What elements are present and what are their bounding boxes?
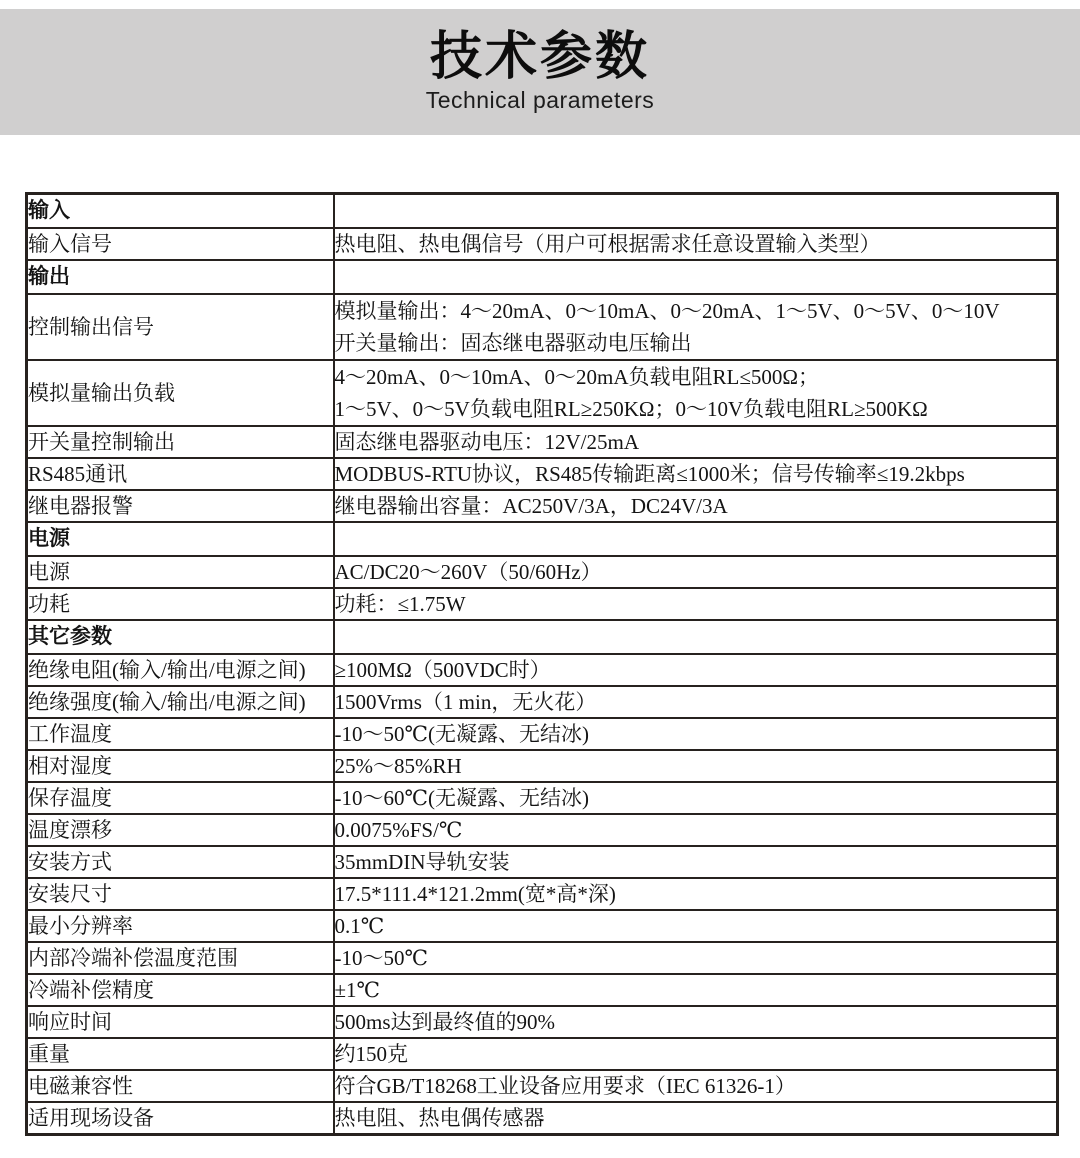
- param-value-line: ≥100MΩ（500VDC时）: [335, 655, 1057, 685]
- table-row: 工作温度-10～50℃(无凝露、无结冰): [27, 718, 1058, 750]
- param-value-line: -10～50℃(无凝露、无结冰): [335, 719, 1057, 749]
- param-value-line: 0.1℃: [335, 911, 1057, 941]
- param-value-cell: 0.1℃: [334, 910, 1058, 942]
- section-row: 输入: [27, 194, 1058, 229]
- table-row: 保存温度-10～60℃(无凝露、无结冰): [27, 782, 1058, 814]
- table-row: 控制输出信号模拟量输出：4～20mA、0～10mA、0～20mA、1～5V、0～…: [27, 294, 1058, 360]
- param-value-line: MODBUS-RTU协议，RS485传输距离≤1000米；信号传输率≤19.2k…: [335, 459, 1057, 489]
- table-row: 安装尺寸17.5*111.4*121.2mm(宽*高*深): [27, 878, 1058, 910]
- param-value-cell: 500ms达到最终值的90%: [334, 1006, 1058, 1038]
- param-label-cell: 工作温度: [27, 718, 334, 750]
- page-header: 技术参数 Technical parameters: [0, 9, 1080, 135]
- param-value-line: 25%～85%RH: [335, 751, 1057, 781]
- param-label-cell: 继电器报警: [27, 490, 334, 522]
- param-value-cell: 17.5*111.4*121.2mm(宽*高*深): [334, 878, 1058, 910]
- param-value-line: -10～60℃(无凝露、无结冰): [335, 783, 1057, 813]
- param-label-cell: 其它参数: [27, 620, 334, 654]
- page-title: 技术参数: [430, 30, 650, 85]
- param-value-cell: AC/DC20～260V（50/60Hz）: [334, 556, 1058, 588]
- param-value-cell: 0.0075%FS/℃: [334, 814, 1058, 846]
- section-row: 电源: [27, 522, 1058, 556]
- page-subtitle: Technical parameters: [426, 87, 655, 114]
- param-value-line: 500ms达到最终值的90%: [335, 1007, 1057, 1037]
- param-value-line: 0.0075%FS/℃: [335, 815, 1057, 845]
- param-label-cell: 冷端补偿精度: [27, 974, 334, 1006]
- param-label-cell: 绝缘电阻(输入/输出/电源之间): [27, 654, 334, 686]
- param-value-line: 热电阻、热电偶传感器: [335, 1103, 1057, 1133]
- param-value-cell: 热电阻、热电偶信号（用户可根据需求任意设置输入类型）: [334, 228, 1058, 260]
- param-value-cell: [334, 620, 1058, 654]
- param-label-cell: 内部冷端补偿温度范围: [27, 942, 334, 974]
- param-value-cell: ≥100MΩ（500VDC时）: [334, 654, 1058, 686]
- section-row: 其它参数: [27, 620, 1058, 654]
- param-value-cell: MODBUS-RTU协议，RS485传输距离≤1000米；信号传输率≤19.2k…: [334, 458, 1058, 490]
- section-row: 输出: [27, 260, 1058, 294]
- table-row: 温度漂移0.0075%FS/℃: [27, 814, 1058, 846]
- table-row: 最小分辨率0.1℃: [27, 910, 1058, 942]
- param-label-cell: 绝缘强度(输入/输出/电源之间): [27, 686, 334, 718]
- param-label-cell: 安装尺寸: [27, 878, 334, 910]
- table-row: 绝缘强度(输入/输出/电源之间)1500Vrms（1 min，无火花）: [27, 686, 1058, 718]
- param-label-cell: 功耗: [27, 588, 334, 620]
- param-value-line: 模拟量输出：4～20mA、0～10mA、0～20mA、1～5V、0～5V、0～1…: [335, 295, 1057, 327]
- param-label-cell: 输出: [27, 260, 334, 294]
- table-row: 绝缘电阻(输入/输出/电源之间)≥100MΩ（500VDC时）: [27, 654, 1058, 686]
- table-row: 安装方式35mmDIN导轨安装: [27, 846, 1058, 878]
- param-label-cell: 重量: [27, 1038, 334, 1070]
- param-value-line: ±1℃: [335, 975, 1057, 1005]
- param-value-line: 符合GB/T18268工业设备应用要求（IEC 61326-1）: [335, 1071, 1057, 1101]
- param-label-cell: 保存温度: [27, 782, 334, 814]
- param-value-line: 继电器输出容量：AC250V/3A，DC24V/3A: [335, 491, 1057, 521]
- param-value-cell: [334, 522, 1058, 556]
- param-value-cell: 4～20mA、0～10mA、0～20mA负载电阻RL≤500Ω；1～5V、0～5…: [334, 360, 1058, 426]
- param-label-cell: 电源: [27, 522, 334, 556]
- param-value-line: -10～50℃: [335, 943, 1057, 973]
- param-value-cell: 1500Vrms（1 min，无火花）: [334, 686, 1058, 718]
- param-value-cell: 功耗：≤1.75W: [334, 588, 1058, 620]
- table-row: 内部冷端补偿温度范围-10～50℃: [27, 942, 1058, 974]
- param-value-line: 功耗：≤1.75W: [335, 589, 1057, 619]
- param-value-cell: 25%～85%RH: [334, 750, 1058, 782]
- param-value-cell: 符合GB/T18268工业设备应用要求（IEC 61326-1）: [334, 1070, 1058, 1102]
- param-label-cell: 适用现场设备: [27, 1102, 334, 1135]
- param-label-cell: 控制输出信号: [27, 294, 334, 360]
- param-value-cell: [334, 260, 1058, 294]
- param-value-line: AC/DC20～260V（50/60Hz）: [335, 557, 1057, 587]
- param-value-line: 热电阻、热电偶信号（用户可根据需求任意设置输入类型）: [335, 229, 1057, 259]
- param-value-line: 开关量输出：固态继电器驱动电压输出: [335, 327, 1057, 359]
- table-row: 输入信号热电阻、热电偶信号（用户可根据需求任意设置输入类型）: [27, 228, 1058, 260]
- table-row: 功耗功耗：≤1.75W: [27, 588, 1058, 620]
- table-row: 响应时间500ms达到最终值的90%: [27, 1006, 1058, 1038]
- spec-table-body: 输入输入信号热电阻、热电偶信号（用户可根据需求任意设置输入类型）输出控制输出信号…: [27, 194, 1058, 1135]
- table-row: 冷端补偿精度±1℃: [27, 974, 1058, 1006]
- param-value-cell: 35mmDIN导轨安装: [334, 846, 1058, 878]
- param-label-cell: 电磁兼容性: [27, 1070, 334, 1102]
- param-label-cell: 电源: [27, 556, 334, 588]
- param-label-cell: 模拟量输出负载: [27, 360, 334, 426]
- param-value-line: 约150克: [335, 1039, 1057, 1069]
- param-label-cell: 输入: [27, 194, 334, 229]
- table-row: 电磁兼容性符合GB/T18268工业设备应用要求（IEC 61326-1）: [27, 1070, 1058, 1102]
- param-value-cell: -10～60℃(无凝露、无结冰): [334, 782, 1058, 814]
- param-label-cell: 最小分辨率: [27, 910, 334, 942]
- param-value-line: 1～5V、0～5V负载电阻RL≥250KΩ；0～10V负载电阻RL≥500KΩ: [335, 393, 1057, 425]
- param-value-line: 17.5*111.4*121.2mm(宽*高*深): [335, 879, 1057, 909]
- param-label-cell: 温度漂移: [27, 814, 334, 846]
- table-row: 继电器报警继电器输出容量：AC250V/3A，DC24V/3A: [27, 490, 1058, 522]
- table-row: RS485通讯MODBUS-RTU协议，RS485传输距离≤1000米；信号传输…: [27, 458, 1058, 490]
- param-label-cell: 响应时间: [27, 1006, 334, 1038]
- table-row: 重量约150克: [27, 1038, 1058, 1070]
- table-row: 电源AC/DC20～260V（50/60Hz）: [27, 556, 1058, 588]
- param-label-cell: 开关量控制输出: [27, 426, 334, 458]
- param-value-cell: -10～50℃: [334, 942, 1058, 974]
- param-value-cell: -10～50℃(无凝露、无结冰): [334, 718, 1058, 750]
- param-label-cell: 相对湿度: [27, 750, 334, 782]
- param-label-cell: 安装方式: [27, 846, 334, 878]
- param-value-line: 1500Vrms（1 min，无火花）: [335, 687, 1057, 717]
- table-row: 适用现场设备热电阻、热电偶传感器: [27, 1102, 1058, 1135]
- param-label-cell: 输入信号: [27, 228, 334, 260]
- spec-table: 输入输入信号热电阻、热电偶信号（用户可根据需求任意设置输入类型）输出控制输出信号…: [25, 192, 1059, 1136]
- param-value-cell: [334, 194, 1058, 229]
- table-row: 模拟量输出负载4～20mA、0～10mA、0～20mA负载电阻RL≤500Ω；1…: [27, 360, 1058, 426]
- table-row: 开关量控制输出固态继电器驱动电压：12V/25mA: [27, 426, 1058, 458]
- param-value-line: 35mmDIN导轨安装: [335, 847, 1057, 877]
- param-value-cell: 继电器输出容量：AC250V/3A，DC24V/3A: [334, 490, 1058, 522]
- table-row: 相对湿度25%～85%RH: [27, 750, 1058, 782]
- param-value-cell: 约150克: [334, 1038, 1058, 1070]
- param-value-cell: 热电阻、热电偶传感器: [334, 1102, 1058, 1135]
- param-value-cell: 固态继电器驱动电压：12V/25mA: [334, 426, 1058, 458]
- param-value-cell: 模拟量输出：4～20mA、0～10mA、0～20mA、1～5V、0～5V、0～1…: [334, 294, 1058, 360]
- param-value-cell: ±1℃: [334, 974, 1058, 1006]
- param-value-line: 固态继电器驱动电压：12V/25mA: [335, 427, 1057, 457]
- param-label-cell: RS485通讯: [27, 458, 334, 490]
- param-value-line: 4～20mA、0～10mA、0～20mA负载电阻RL≤500Ω；: [335, 361, 1057, 393]
